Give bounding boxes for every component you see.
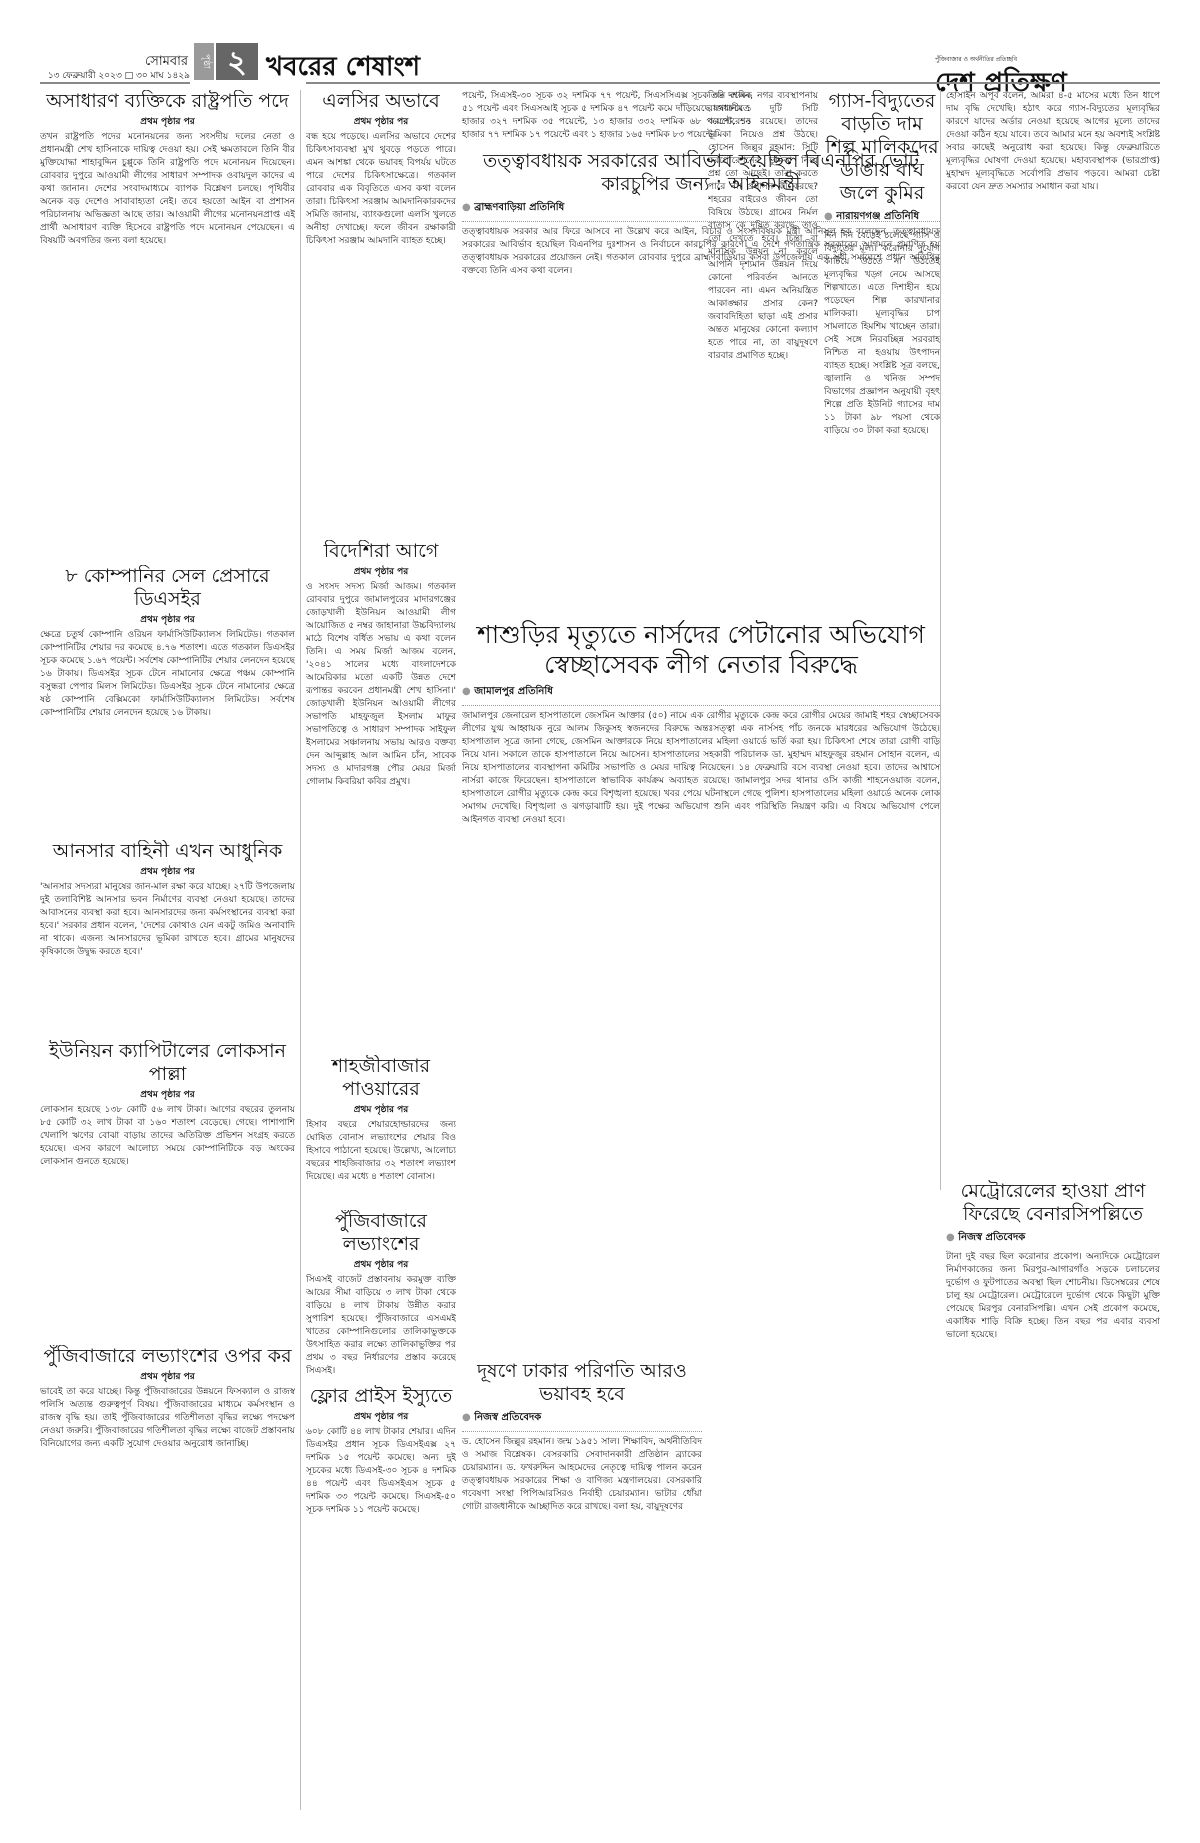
column-divider [940, 90, 941, 1190]
article-lc[interactable]: এলসির অভাবে প্রথম পৃষ্ঠার পর বন্ধ হয়ে প… [306, 90, 456, 600]
continued-label: প্রথম পৃষ্ঠার পর [306, 564, 456, 579]
continued-label: প্রথম পৃষ্ঠার পর [40, 864, 295, 879]
article-body: দিন দিন বেড়েই চলেছে গ্যাস ও বিদ্যুতের ম… [824, 230, 940, 438]
continued-label: প্রথম পৃষ্ঠার পর [306, 1257, 456, 1272]
article-body: বন্ধ হয়ে পড়েছে। এলসির অভাবে দেশের চিকি… [306, 131, 456, 248]
header-rule-right [306, 82, 1160, 84]
headline[interactable]: শাহজীবাজার পাওয়ারের [306, 1055, 456, 1101]
article-body: ও সংসদ সদস্য মির্জা আজম। গতকাল রোববার দু… [306, 581, 456, 789]
masthead-date: ১৩ ফেব্রুয়ারী ২০২৩ □ ৩০ মাঘ ১৪২৯ [40, 68, 190, 83]
headline[interactable]: এলসির অভাবে [306, 90, 456, 113]
article-capital-tax[interactable]: পুঁজিবাজারে লভ্যাংশের ওপর কর প্রথম পৃষ্ঠ… [40, 1345, 295, 1805]
byline: নিজস্ব প্রতিবেদক [946, 1230, 1160, 1247]
article-ansar[interactable]: আনসার বাহিনী এখন আধুনিক প্রথম পৃষ্ঠার পর… [40, 840, 295, 1030]
article-interview: তিনি বলেন, নগর ব্যবস্থাপনায় রাজধানীতে দ… [708, 90, 818, 1810]
headline[interactable]: ফ্লোর প্রাইস ইস্যুতে [306, 1385, 456, 1408]
divider [462, 1431, 702, 1432]
masthead: সোমবার ১৩ ফেব্রুয়ারী ২০২৩ □ ৩০ মাঘ ১৪২৯… [0, 40, 1200, 80]
byline: নারায়ণগঞ্জ প্রতিনিধি [824, 209, 940, 226]
article-body: টানা দুই বছর ছিল করোনার প্রকোপ। অন্যদিকে… [946, 1251, 1160, 1342]
article-body: সিএসই বাজেট প্রস্তাবনায় করমুক্ত ব্যক্তি… [306, 1274, 456, 1378]
continued-label: প্রথম পৃষ্ঠার পর [40, 612, 295, 627]
article-foreign[interactable]: বিদেশিরা আগে প্রথম পৃষ্ঠার পর ও সংসদ সদস… [306, 540, 456, 1050]
page-number: ২ [216, 43, 258, 80]
continued-label: প্রথম পৃষ্ঠার পর [306, 1409, 456, 1424]
continued-label: প্রথম পৃষ্ঠার পর [306, 1102, 456, 1117]
headline[interactable]: দূষণে ঢাকার পরিণতি আরও ভয়াবহ হবে [462, 1360, 702, 1406]
column-divider [300, 90, 301, 1810]
article-shahjibazar[interactable]: শাহজীবাজার পাওয়ারের প্রথম পৃষ্ঠার পর হি… [306, 1055, 456, 1205]
headline[interactable]: মেট্রোরেলের হাওয়া প্রাণ ফিরেছে বেনারসিপ… [946, 1180, 1160, 1226]
article-body: ড. হোসেন জিল্লুর রহমান। জন্ম ১৯৫১ সাল। শ… [462, 1436, 702, 1514]
page-label: পৃষ্ঠা [194, 43, 214, 80]
article-body: তখন রাষ্ট্রপতি পদের মনোনয়নের জন্য সংসদী… [40, 131, 295, 248]
continued-label: প্রথম পৃষ্ঠার পর [306, 114, 456, 129]
headline[interactable]: গ্যাস-বিদ্যুতের বাড়তি দাম শিল্প মালিকদে… [824, 90, 940, 205]
headline[interactable]: ইউনিয়ন ক্যাপিটালের লোকসান পাল্লা [40, 1040, 295, 1086]
continued-label: প্রথম পৃষ্ঠার পর [40, 1087, 295, 1102]
headline[interactable]: পুঁজিবাজারে লভ্যাংশের ওপর কর [40, 1345, 295, 1368]
article-body: 'আনসার সদস্যরা মানুষের জান-মাল রক্ষা করে… [40, 881, 295, 959]
header-rule-left [40, 82, 190, 84]
article-body: হোসাইন অপূর্ব বলেন, আমরা ৪-৫ মাসের মধ্যে… [946, 90, 1160, 194]
article-dividend[interactable]: পুঁজিবাজারে লভ্যাংশের প্রথম পৃষ্ঠার পর স… [306, 1210, 456, 1380]
byline: নিজস্ব প্রতিবেদক [462, 1410, 702, 1427]
headline[interactable]: পুঁজিবাজারে লভ্যাংশের [306, 1210, 456, 1256]
article-gas[interactable]: গ্যাস-বিদ্যুতের বাড়তি দাম শিল্প মালিকদে… [824, 90, 940, 1810]
continued-label: প্রথম পৃষ্ঠার পর [40, 114, 295, 129]
article-body: হিসাব বছরে শেয়ারহোল্ডারদের জন্য ঘোষিত ব… [306, 1119, 456, 1184]
article-body: ক্ষেত্রে চতুর্থ কোম্পানি ওরিয়ন ফার্মাসি… [40, 629, 295, 720]
article-union-capital[interactable]: ইউনিয়ন ক্যাপিটালের লোকসান পাল্লা প্রথম … [40, 1040, 295, 1340]
article-dhaka[interactable]: দূষণে ঢাকার পরিণতি আরও ভয়াবহ হবে নিজস্ব… [462, 1360, 702, 1810]
headline[interactable]: অসাধারণ ব্যক্তিকে রাষ্ট্রপতি পদে [40, 90, 295, 113]
headline[interactable]: ৮ কোম্পানির সেল প্রেসারে ডিএসইর [40, 565, 295, 611]
article-gas-continued: হোসাইন অপূর্ব বলেন, আমরা ৪-৫ মাসের মধ্যে… [946, 90, 1160, 1170]
article-president[interactable]: অসাধারণ ব্যক্তিকে রাষ্ট্রপতি পদে প্রথম প… [40, 90, 295, 560]
article-body: লোকসান হয়েছে ১৩৮ কোটি ৫৬ লাখ টাকা। আগের… [40, 1104, 295, 1169]
article-body: ৬০৮ কোটি ৪৪ লাখ টাকার শেয়ার। এদিন ডিএসই… [306, 1426, 456, 1517]
headline[interactable]: বিদেশিরা আগে [306, 540, 456, 563]
article-floor-price[interactable]: ফ্লোর প্রাইস ইস্যুতে প্রথম পৃষ্ঠার পর ৬০… [306, 1385, 456, 1805]
article-body: ভাবেই তা করে যাচ্ছে। কিন্তু পুঁজিবাজারের… [40, 1386, 295, 1451]
article-body: তিনি বলেন, নগর ব্যবস্থাপনায় রাজধানীতে দ… [708, 90, 818, 363]
article-dse[interactable]: ৮ কোম্পানির সেল প্রেসারে ডিএসইর প্রথম পৃ… [40, 565, 295, 835]
continued-label: প্রথম পৃষ্ঠার পর [40, 1369, 295, 1384]
headline[interactable]: আনসার বাহিনী এখন আধুনিক [40, 840, 295, 863]
article-metro[interactable]: মেট্রোরেলের হাওয়া প্রাণ ফিরেছে বেনারসিপ… [946, 1180, 1160, 1810]
